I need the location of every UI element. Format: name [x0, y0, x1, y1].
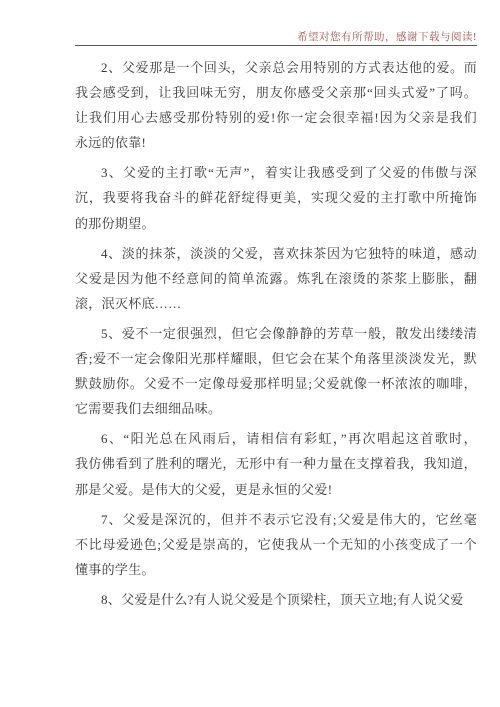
paragraph: 5、爱不一定很强烈，但它会像静静的芳草一般，散发出缕缕清香;爱不一定会像阳光那样…	[75, 321, 477, 421]
text-line: 5、爱不一定很强烈，但它会像静静的芳草一般，散发出缕缕清	[75, 321, 477, 346]
paragraph: 7、父爱是深沉的，但并不表示它没有;父爱是伟大的，它丝毫不比母爱逊色;父爱是崇高…	[75, 507, 477, 582]
text-line: 我会感受到，让我回味无穷，朋友你感受父亲那“回头式爱”了吗。	[75, 80, 477, 105]
text-line: 沉，我要将我奋斗的鲜花舒绽得更美，实现父爱的主打歌中所掩饰	[75, 185, 477, 210]
text-line: 7、父爱是深沉的，但并不表示它没有;父爱是伟大的，它丝毫	[75, 507, 477, 532]
paragraph: 3、父爱的主打歌“无声”，着实让我感受到了父爱的伟傲与深沉，我要将我奋斗的鲜花舒…	[75, 160, 477, 235]
paragraph: 2、父爱那是一个回头，父亲总会用特别的方式表达他的爱。而我会感受到，让我回味无穷…	[75, 55, 477, 155]
header-rule-divider	[75, 45, 477, 46]
text-line: 2、父爱那是一个回头，父亲总会用特别的方式表达他的爱。而	[75, 55, 477, 80]
text-line: 3、父爱的主打歌“无声”，着实让我感受到了父爱的伟傲与深	[75, 160, 477, 185]
text-line: 它需要我们去细细品味。	[75, 396, 477, 421]
text-line: 不比母爱逊色;父爱是崇高的，它使我从一个无知的小孩变成了一个	[75, 532, 477, 557]
text-line: 的那份期望。	[75, 211, 477, 236]
text-line: 懂事的学生。	[75, 557, 477, 582]
text-line: 那是父爱。是伟大的父爱，更是永恒的父爱!	[75, 477, 477, 502]
text-line: 香;爱不一定会像阳光那样耀眼，但它会在某个角落里淡淡发光，默	[75, 346, 477, 371]
text-line: 默鼓励你。父爱不一定像母爱那样明显;父爱就像一杯浓浓的咖啡，	[75, 371, 477, 396]
paragraph: 8、父爱是什么?有人说父爱是个顶梁柱，顶天立地;有人说父爱	[75, 587, 477, 612]
paragraph: 6、“阳光总在风雨后，请相信有彩虹，”再次唱起这首歌时，我仿佛看到了胜利的曙光，…	[75, 426, 477, 501]
document-body: 2、父爱那是一个回头，父亲总会用特别的方式表达他的爱。而我会感受到，让我回味无穷…	[75, 55, 477, 617]
text-line: 我仿佛看到了胜利的曙光，无形中有一种力量在支撑着我，我知道，	[75, 451, 477, 476]
document-page: 希望对您有所帮助，感谢下载与阅读! 2、父爱那是一个回头，父亲总会用特别的方式表…	[0, 0, 500, 707]
text-line: 滚，泯灭杯底……	[75, 291, 477, 316]
paragraph: 4、淡的抹茶，淡淡的父爱，喜欢抹茶因为它独特的味道，感动父爱是因为他不经意间的简…	[75, 241, 477, 316]
text-line: 让我们用心去感受那份特别的爱!你一定会很幸福!因为父亲是我们	[75, 105, 477, 130]
text-line: 6、“阳光总在风雨后，请相信有彩虹，”再次唱起这首歌时，	[75, 426, 477, 451]
header-note: 希望对您有所帮助，感谢下载与阅读!	[297, 29, 477, 44]
text-line: 永远的依靠!	[75, 130, 477, 155]
text-line: 父爱是因为他不经意间的简单流露。炼乳在滚烫的茶浆上膨胀，翻	[75, 266, 477, 291]
text-line: 4、淡的抹茶，淡淡的父爱，喜欢抹茶因为它独特的味道，感动	[75, 241, 477, 266]
text-line: 8、父爱是什么?有人说父爱是个顶梁柱，顶天立地;有人说父爱	[75, 587, 477, 612]
